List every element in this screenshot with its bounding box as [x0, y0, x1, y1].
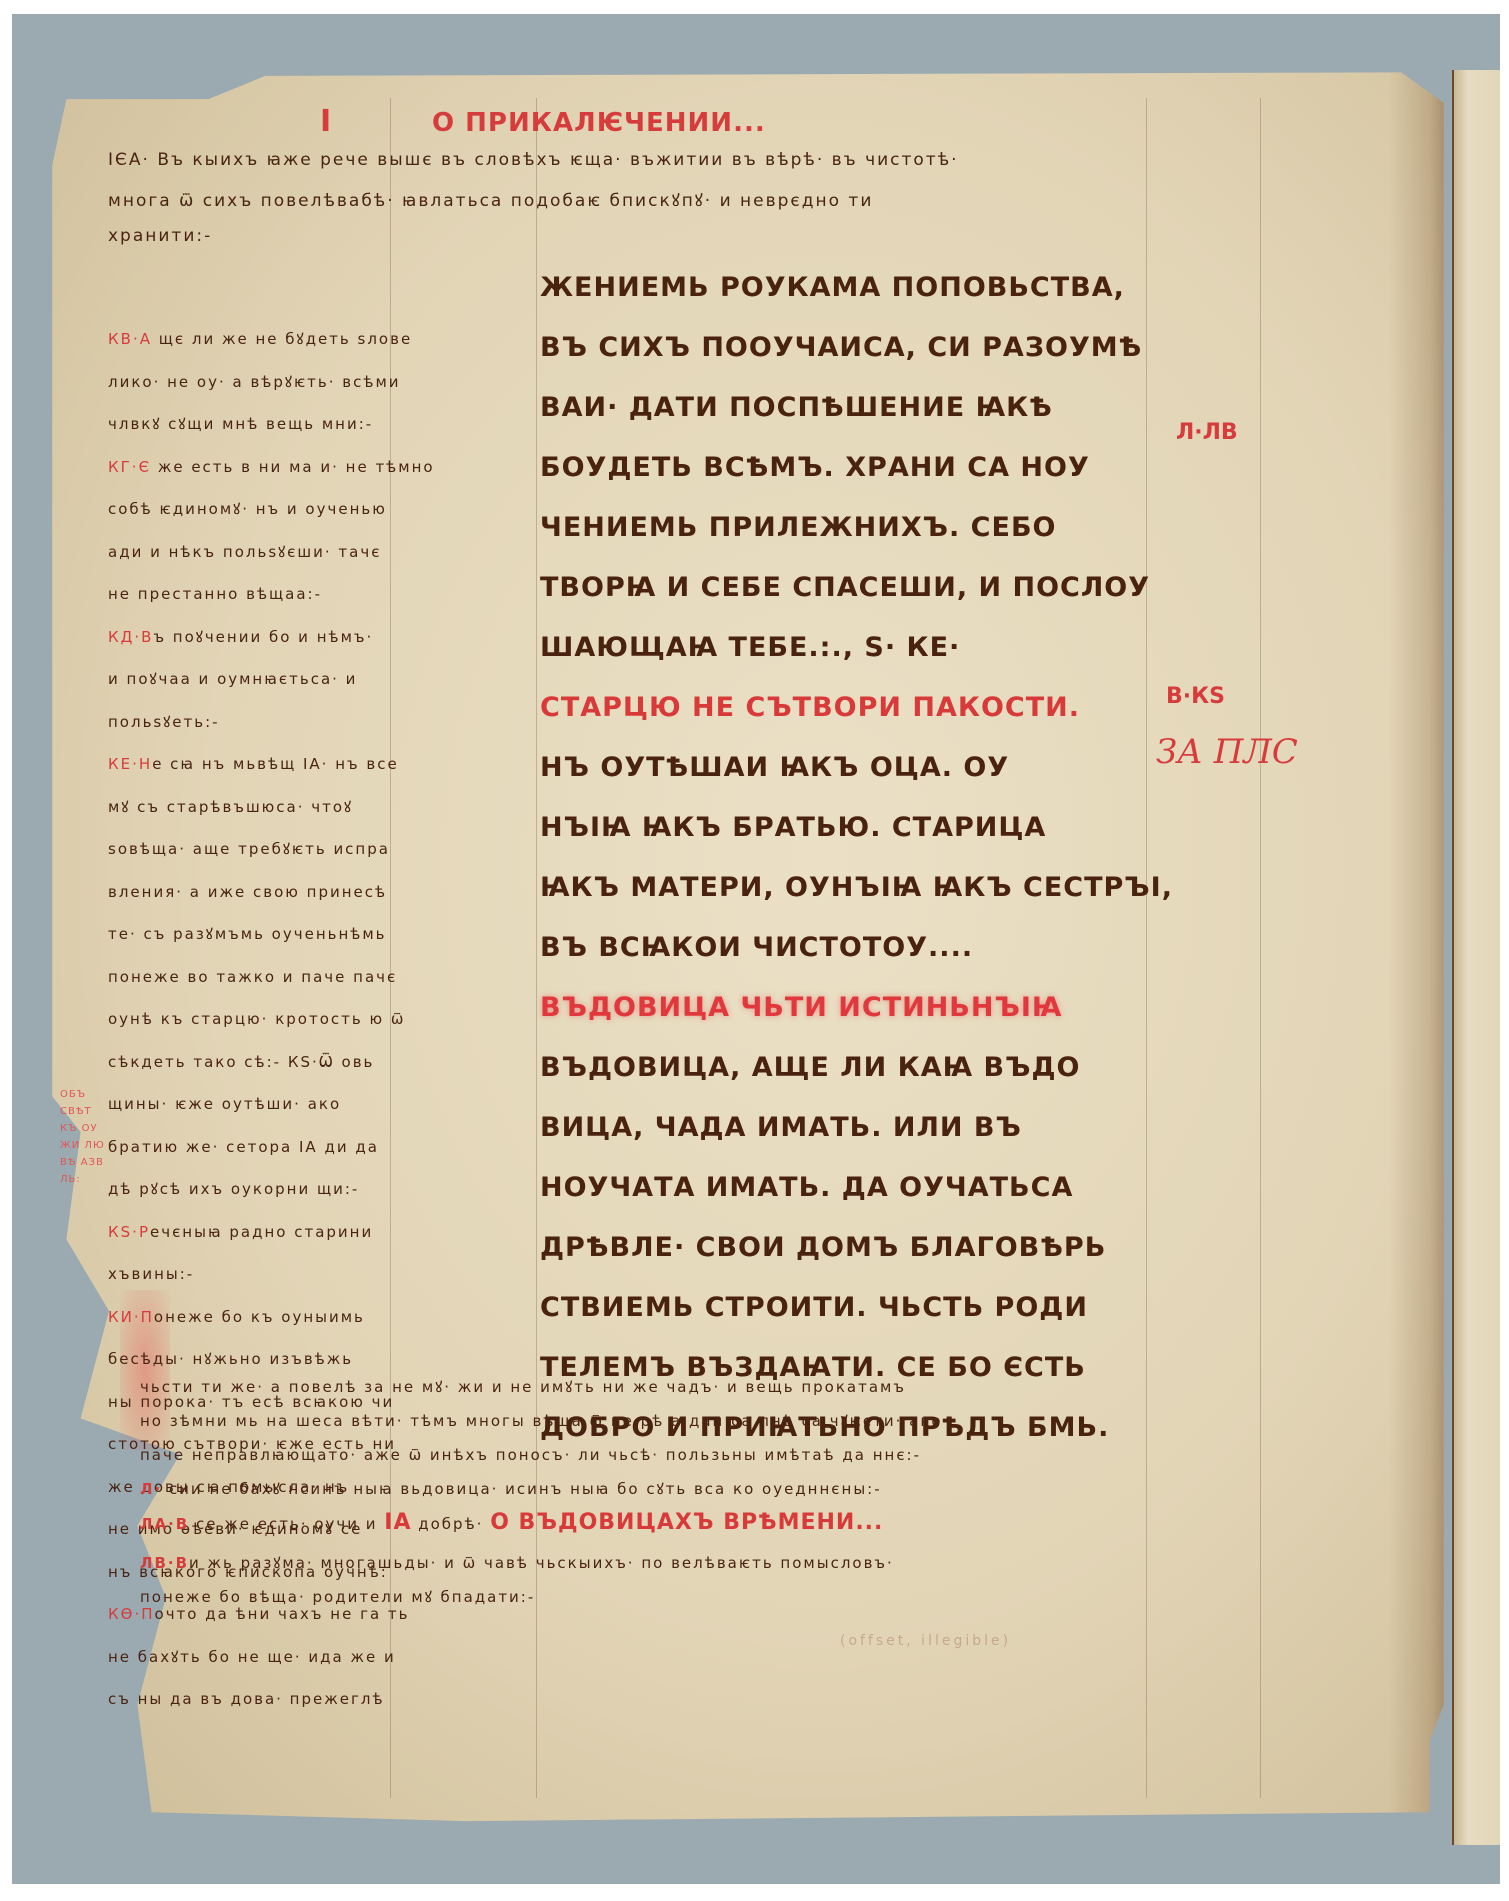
gloss-text: те· съ разꙋмъмь оученьнѣмь: [108, 925, 387, 943]
bottom-line: чьсти ти же· а повелѣ за не мꙋ· жи и не …: [140, 1370, 1180, 1404]
bottom-text: се же есть· оучи и: [189, 1515, 384, 1533]
gloss-text: лико· не оу· а вѣрꙋѥть· всѣми: [108, 373, 401, 391]
gloss-text: хъвины:-: [108, 1265, 194, 1283]
gloss-text: сѣкдеть тако сѣ:- КЅ·Ѿ овь: [108, 1053, 374, 1071]
gloss-line: съ ны да въ дова· прежеглѣ: [108, 1678, 523, 1721]
right-margin-note: Л·ЛВ: [1176, 420, 1238, 445]
gloss-line: не престанно вѣщаа:-: [108, 573, 523, 616]
main-text-column: ЖЕНИЕМЬ РОУКАМА ПОПОВЬСТВА, ВЪ СИХЪ ПООУ…: [540, 258, 1140, 1458]
bottom-text: понеже бо вѣща· родители мꙋ бпадати:-: [140, 1588, 535, 1606]
gloss-line: сѣкдеть тако сѣ:- КЅ·Ѿ овь: [108, 1041, 523, 1084]
verse-number: ЛА·В: [140, 1515, 189, 1533]
main-line: ВЪДОВИЦА, АЩЕ ЛИ КАꙖ ВЪДО: [540, 1038, 1140, 1098]
gloss-text: вления· а иже свою принесѣ: [108, 883, 387, 901]
main-line: ЖЕНИЕМЬ РОУКАМА ПОПОВЬСТВА,: [540, 258, 1140, 318]
bottom-text: добрѣ·: [411, 1515, 490, 1533]
gloss-text: щє ли же не бꙋдеть ѕлове: [152, 330, 412, 348]
top-line: ІЄА· Въ кыихъ ꙗже рече вышє въ словѣхъ ѥ…: [108, 150, 1168, 188]
ruling-line: [1260, 98, 1261, 1798]
main-line: ДРѢВЛЕ· СВОИ ДОМЪ БЛАГОВѢРЬ: [540, 1218, 1140, 1278]
main-line: ВАИ· ДАТИ ПОСПѢШЕНИЕ ꙖКѢ: [540, 378, 1140, 438]
bottom-line: паче неправлꙗющато· аже ѿ инѣхъ поносъ· …: [140, 1438, 1180, 1472]
gloss-line: польѕꙋеть:-: [108, 701, 523, 744]
verse-number: КЕ·Н: [108, 755, 152, 773]
bottom-text: и жь разꙋма· многашьды· и ѿ чавѣ чьскыих…: [189, 1554, 894, 1572]
main-line: СТВИЕМЬ СТРОИТИ. ЧЬСТЬ РОДИ: [540, 1278, 1140, 1338]
gloss-line: те· съ разꙋмъмь оученьнѣмь: [108, 913, 523, 956]
verse-number: КЅ·Р: [108, 1223, 150, 1241]
gloss-text: и поꙋчаа и оумнꙗєтьса· и: [108, 670, 357, 688]
gloss-text: члвкꙋ сꙋщи мнѣ вещь мни:-: [108, 415, 373, 433]
bottom-text: чьсти ти же· а повелѣ за не мꙋ· жи и не …: [140, 1378, 906, 1396]
gloss-line: оунѣ къ старцю· кротость ю ѿ: [108, 998, 523, 1041]
verse-number: Л·: [140, 1480, 162, 1498]
bottom-line: ЛА·В се же есть· оучи и ІА добрѣ· О ВЪДО…: [140, 1506, 1180, 1546]
verse-number: КВ·А: [108, 330, 152, 348]
bottom-text: паче неправлꙗющато· аже ѿ инѣхъ поносъ· …: [140, 1446, 921, 1464]
gloss-text: щины· ѥже оутѣши· ако: [108, 1095, 341, 1113]
gloss-line: КВ·А щє ли же не бꙋдеть ѕлове: [108, 318, 523, 361]
gloss-line: члвкꙋ сꙋщи мнѣ вещь мни:-: [108, 403, 523, 446]
gloss-line: щины· ѥже оутѣши· ако: [108, 1083, 523, 1126]
main-line: НЪ ОУТѢШАИ ꙖКЪ ОЦА. ОУ: [540, 738, 1140, 798]
main-line: БОУДЕТЬ ВСѢМЪ. ХРАНИ СА НОУ: [540, 438, 1140, 498]
gloss-line: лико· не оу· а вѣрꙋѥть· всѣми: [108, 361, 523, 404]
gloss-line: КИ·Понеже бо къ оуныимь: [108, 1296, 523, 1339]
bottom-line: ЛВ·Ви жь разꙋма· многашьды· и ѿ чавѣ чьс…: [140, 1546, 1180, 1580]
left-margin-note: ОБЪ СВѢТ КЪ ОУ ЖИ ЛЮ ВѢ АЗВ ЛЬ:: [60, 1086, 110, 1188]
right-margin-note: ЗА ПЛС: [1156, 732, 1298, 772]
gloss-text: оунѣ къ старцю· кротость ю ѿ: [108, 1010, 405, 1028]
gloss-line: КД·Въ поꙋчении бо и нѣмъ·: [108, 616, 523, 659]
folio-mark: Ι: [320, 104, 331, 139]
faded-offset-text: (offset, illegible): [840, 1630, 1200, 1652]
bottom-text: но зѣмни мь на шеса вѣти· тѣмъ многы вѣщ…: [140, 1412, 943, 1430]
bottom-line: но зѣмни мь на шеса вѣти· тѣмъ многы вѣщ…: [140, 1404, 1180, 1438]
gloss-line: ади и нѣкъ польѕꙋєши· тачє: [108, 531, 523, 574]
gloss-text: ади и нѣкъ польѕꙋєши· тачє: [108, 543, 381, 561]
gloss-text: мꙋ съ старѣвъшюса· чтоꙋ: [108, 798, 353, 816]
main-line: ꙖКЪ МАТЕРИ, ОУНЪІꙖ ꙖКЪ СЕСТРЪІ,: [540, 858, 1140, 918]
gloss-line: КЕ·Не сꙗ нъ мьвѣщ ІА· нъ все: [108, 743, 523, 786]
right-margin-note: В·КЅ: [1166, 684, 1225, 709]
gloss-line: и поꙋчаа и оумнꙗєтьса· и: [108, 658, 523, 701]
main-line-rubric: ВЪДОВИЦА ЧЬТИ ИСТИНЬНЪІꙖ: [540, 978, 1140, 1038]
gloss-text: бесѣды· нꙋжьно изъвѣжь: [108, 1350, 353, 1368]
adjacent-leaf-edge: [1452, 70, 1500, 1845]
main-line: НОУЧАТА ИМАТЬ. ДА ОУЧАТЬСА: [540, 1158, 1140, 1218]
main-line: ВЪ ВСꙖКОИ ЧИСТОТОУ....: [540, 918, 1140, 978]
gloss-line: ѕовѣща· аще требꙋѥть испра: [108, 828, 523, 871]
main-line: ВИЦА, ЧАДА ИМАТЬ. ИЛИ ВЪ: [540, 1098, 1140, 1158]
gloss-line: не бахꙋть бо не ще· ида же и: [108, 1636, 523, 1679]
main-line: ТВОРꙖ И СЕБЕ СПАСЕШИ, И ПОСЛОУ: [540, 558, 1140, 618]
top-gloss-lines: ІЄА· Въ кыихъ ꙗже рече вышє въ словѣхъ ѥ…: [108, 150, 1168, 264]
gloss-text: съ ны да въ дова· прежеглѣ: [108, 1690, 385, 1708]
section-title: О ПРИКАЛѤЧЕНИИ...: [432, 108, 766, 138]
gloss-line: собѣ ѥдиномꙋ· нъ и оученью: [108, 488, 523, 531]
gloss-text: понеже во тажко и паче пачє: [108, 968, 397, 986]
gloss-text: ъ поꙋчении бо и нѣмъ·: [153, 628, 373, 646]
gloss-text: не бахꙋть бо не ще· ида же и: [108, 1648, 396, 1666]
main-line: ВЪ СИХЪ ПООУЧАИСА, СИ РАЗОУМѢ: [540, 318, 1140, 378]
section-rubric: О ВЪДОВИЦАХЪ ВРѢМЕНИ...: [490, 1510, 883, 1535]
verse-number: КД·В: [108, 628, 153, 646]
verse-number: КГ·Є: [108, 458, 151, 476]
gloss-line: КЅ·Речєныꙗ радно старини: [108, 1211, 523, 1254]
gloss-text: собѣ ѥдиномꙋ· нъ и оученью: [108, 500, 387, 518]
gloss-text: дѣ рꙋсѣ ихъ оукорни щи:-: [108, 1180, 359, 1198]
main-line: ЧЕНИЕМЬ ПРИЛЕЖНИХЪ. СЕБО: [540, 498, 1140, 558]
gloss-text: ѕовѣща· аще требꙋѥть испра: [108, 840, 390, 858]
gloss-line: вления· а иже свою принесѣ: [108, 871, 523, 914]
gloss-text: ечєныꙗ радно старини: [150, 1223, 373, 1241]
main-line-rubric: СТАРЦЮ НЕ СЪТВОРИ ПАКОСТИ.: [540, 678, 1140, 738]
gloss-line: дѣ рꙋсѣ ихъ оукорни щи:-: [108, 1168, 523, 1211]
bottom-line: понеже бо вѣща· родители мꙋ бпадати:-: [140, 1580, 1180, 1614]
verse-number: КИ·П: [108, 1308, 154, 1326]
bottom-gloss-lines: чьсти ти же· а повелѣ за не мꙋ· жи и не …: [140, 1370, 1180, 1614]
bottom-text: сии не бахꙋ нсинъ ныꙗ вьдовица· исинъ ны…: [162, 1480, 881, 1498]
gloss-text: же есть в ни ма и· не тѣмно: [151, 458, 435, 476]
gloss-line: хъвины:-: [108, 1253, 523, 1296]
gloss-text: польѕꙋеть:-: [108, 713, 220, 731]
gloss-text: братию же· сетора ІА ди да: [108, 1138, 379, 1156]
verse-number: ЛВ·В: [140, 1554, 189, 1572]
main-line: ШАЮЩАꙖ ТЕБЕ.:., Ѕ· КЕ·: [540, 618, 1140, 678]
gloss-text: онеже бо къ оуныимь: [154, 1308, 365, 1326]
gloss-line: КГ·Є же есть в ни ма и· не тѣмно: [108, 446, 523, 489]
rubric-initial: ІА: [384, 1510, 411, 1535]
gloss-line: мꙋ съ старѣвъшюса· чтоꙋ: [108, 786, 523, 829]
bottom-line: Л· сии не бахꙋ нсинъ ныꙗ вьдовица· исинъ…: [140, 1472, 1180, 1506]
top-line: многа ѿ сихъ повелѣвабѣ· ꙗвлатьса подоба…: [108, 188, 1168, 226]
gloss-line: понеже во тажко и паче пачє: [108, 956, 523, 999]
gloss-text: не престанно вѣщаа:-: [108, 585, 322, 603]
gloss-text: е сꙗ нъ мьвѣщ ІА· нъ все: [152, 755, 399, 773]
main-line: НЪІꙖ ꙖКЪ БРАТЬЮ. СТАРИЦА: [540, 798, 1140, 858]
gloss-line: братию же· сетора ІА ди да: [108, 1126, 523, 1169]
